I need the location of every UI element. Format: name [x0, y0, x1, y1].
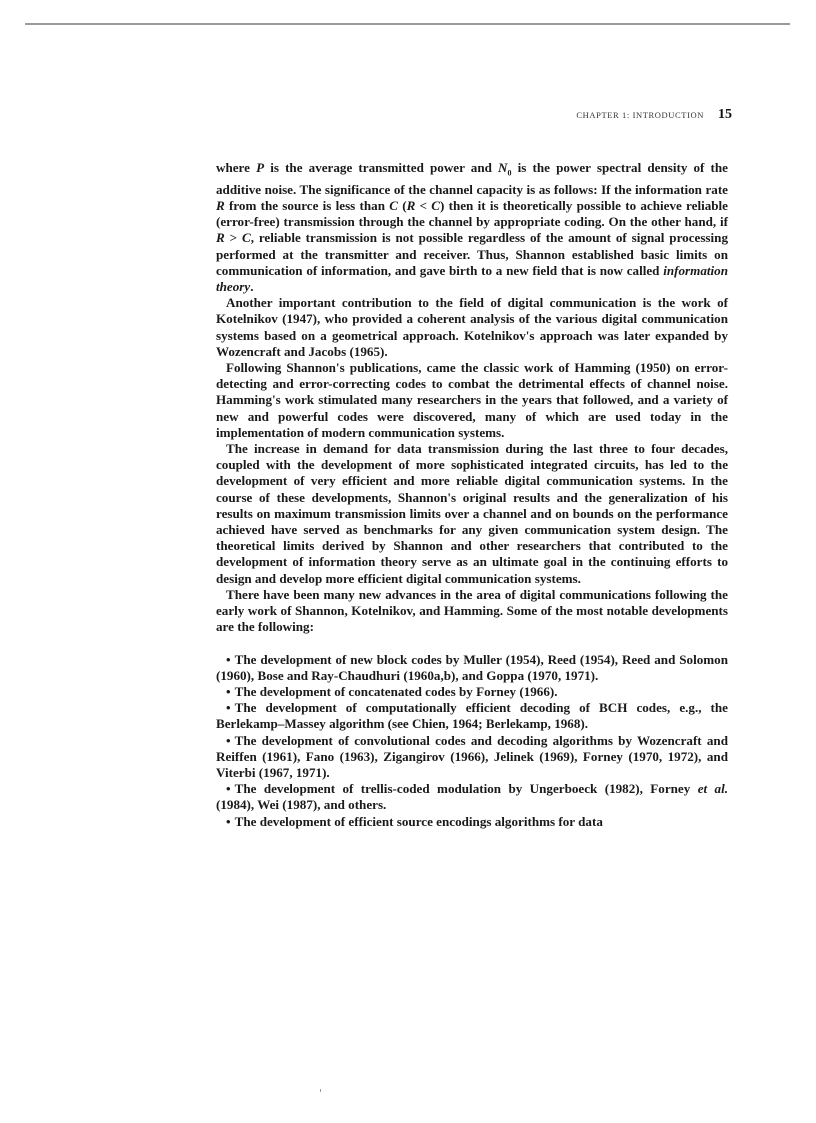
italic-run: et al.: [698, 781, 728, 796]
list-spacer: [216, 636, 728, 652]
paragraph-p1: where P is the average transmitted power…: [216, 160, 728, 295]
list-item: •The development of computationally effi…: [216, 700, 728, 732]
bullet-icon: •: [226, 700, 231, 715]
text-run: Another important contribution to the fi…: [216, 295, 728, 359]
text-run: is the average transmitted power and: [264, 160, 498, 175]
bullet-icon: •: [226, 781, 231, 796]
italic-run: C: [389, 198, 398, 213]
text-run: There have been many new advances in the…: [216, 587, 728, 634]
text-run: where: [216, 160, 256, 175]
list-item: •The development of new block codes by M…: [216, 652, 728, 684]
text-run: , reliable transmission is not possible …: [216, 230, 728, 277]
paragraph-p4: The increase in demand for data transmis…: [216, 441, 728, 587]
italic-run: N: [498, 160, 507, 175]
text-run: The development of efficient source enco…: [235, 814, 603, 829]
page-number: 15: [718, 107, 732, 123]
paragraph-p2: Another important contribution to the fi…: [216, 295, 728, 360]
text-run: Following Shannon's publications, came t…: [216, 360, 728, 440]
list-item: •The development of trellis-coded modula…: [216, 781, 728, 813]
bullet-icon: •: [226, 814, 231, 829]
bullet-icon: •: [226, 684, 231, 699]
list-item: •The development of concatenated codes b…: [216, 684, 728, 700]
paragraph-p5: There have been many new advances in the…: [216, 587, 728, 636]
italic-run: C: [242, 230, 251, 245]
italic-run: P: [256, 160, 264, 175]
developments-list: •The development of new block codes by M…: [216, 652, 728, 830]
paragraph-p3: Following Shannon's publications, came t…: [216, 360, 728, 441]
bullet-icon: •: [226, 733, 231, 748]
body-text: where P is the average transmitted power…: [216, 160, 728, 830]
text-run: The increase in demand for data transmis…: [216, 441, 728, 586]
running-title: CHAPTER 1: INTRODUCTION: [576, 110, 704, 120]
text-run: >: [225, 230, 242, 245]
text-run: The development of trellis-coded modulat…: [235, 781, 698, 796]
italic-run: R: [407, 198, 416, 213]
italic-run: R: [216, 230, 225, 245]
running-head: CHAPTER 1: INTRODUCTION 15: [540, 107, 732, 125]
text-run: The development of new block codes by Mu…: [216, 652, 728, 683]
bullet-icon: •: [226, 652, 231, 667]
text-run: The development of concatenated codes by…: [235, 684, 558, 699]
text-run: <: [415, 198, 431, 213]
text-run: .: [250, 279, 253, 294]
top-rule: [25, 23, 790, 25]
text-run: The development of computationally effic…: [216, 700, 728, 731]
text-run: from the source is less than: [225, 198, 390, 213]
italic-run: R: [216, 198, 225, 213]
scan-speck: [320, 1089, 321, 1092]
paragraphs: where P is the average transmitted power…: [216, 160, 728, 636]
text-run: (1984), Wei (1987), and others.: [216, 797, 386, 812]
list-item: •The development of convolutional codes …: [216, 733, 728, 782]
text-run: The development of convolutional codes a…: [216, 733, 728, 780]
list-item: •The development of efficient source enc…: [216, 814, 728, 830]
text-run: (: [398, 198, 407, 213]
italic-run: C: [431, 198, 440, 213]
